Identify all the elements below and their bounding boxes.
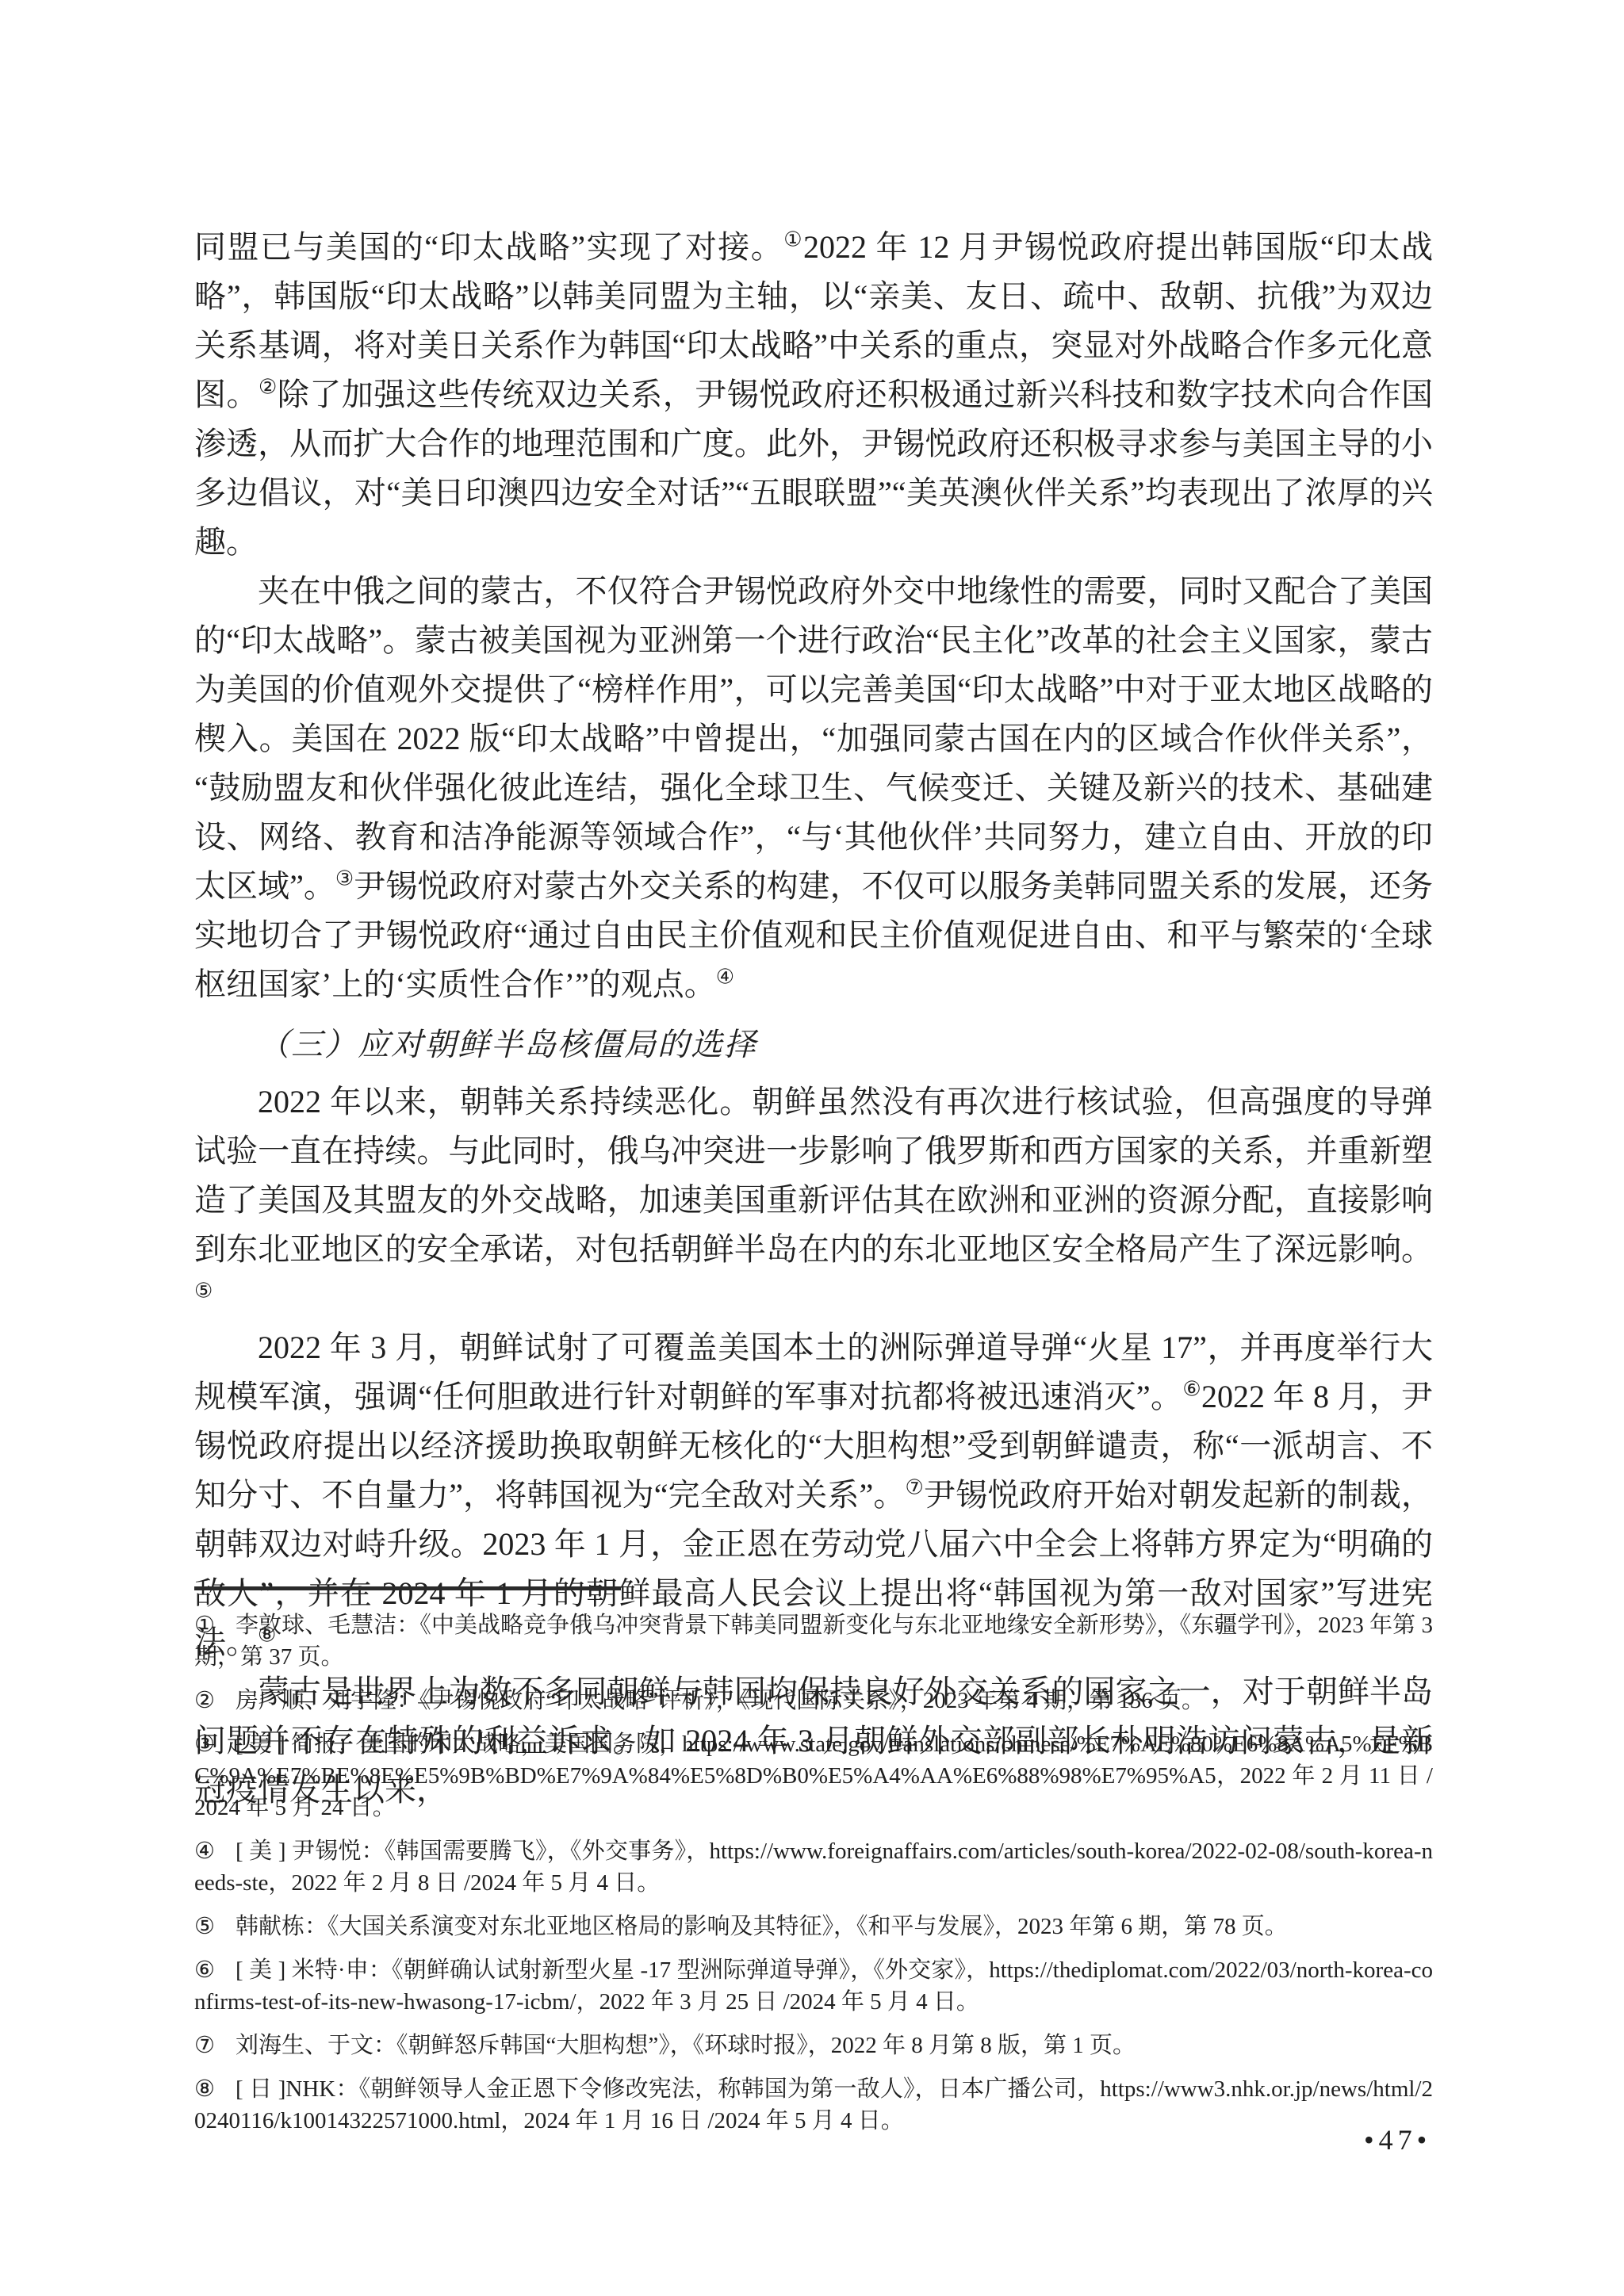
footnote-marker: ②: [194, 1685, 215, 1716]
footnote-separator: [194, 1586, 621, 1590]
footnote-marker: ⑤: [194, 1911, 215, 1942]
footnote-marker: ③: [194, 1728, 215, 1760]
footnote-item: ①李敦球、毛慧洁：《中美战略竞争俄乌冲突背景下韩美同盟新变化与东北亚地缘安全新形…: [194, 1609, 1433, 1673]
footnote-ref: ⑦: [906, 1476, 924, 1499]
footnote-item: ④[ 美 ] 尹锡悦：《韩国需要腾飞》，《外交事务》，https://www.f…: [194, 1835, 1433, 1899]
footnote-text: 房广顺、刘宇隆：《尹锡悦政府“印太战略”评析》，《现代国际关系》，2023 年第…: [236, 1688, 1205, 1713]
page-body: 同盟已与美国的“印太战略”实现了对接。①2022 年 12 月尹锡悦政府提出韩国…: [194, 223, 1433, 1815]
footnote-text: [ 美 ] 米特·申：《朝鲜确认试射新型火星 -17 型洲际弹道导弹》，《外交家…: [194, 1957, 1433, 2015]
body-paragraph-2: 夹在中俄之间的蒙古，不仅符合尹锡悦政府外交中地缘性的需要，同时又配合了美国的“印…: [194, 567, 1433, 1009]
footnote-area: ①李敦球、毛慧洁：《中美战略竞争俄乌冲突背景下韩美同盟新变化与东北亚地缘安全新形…: [194, 1586, 1433, 2149]
page-number: •47•: [1364, 2123, 1431, 2156]
footnote-marker: ⑥: [194, 1954, 215, 1986]
footnote-text: [ 美 ] 简报：美国的印太战略，美国国务院，https://www.state…: [194, 1732, 1433, 1820]
footnote-text: [ 美 ] 尹锡悦：《韩国需要腾飞》，《外交事务》，https://www.fo…: [194, 1839, 1433, 1896]
footnote-ref: ①: [783, 228, 803, 251]
footnote-text: [ 日 ]NHK：《朝鲜领导人金正恩下令修改宪法，称韩国为第一敌人》，日本广播公…: [194, 2076, 1433, 2133]
section-heading: （三）应对朝鲜半岛核僵局的选择: [194, 1020, 1433, 1070]
footnote-item: ③[ 美 ] 简报：美国的印太战略，美国国务院，https://www.stat…: [194, 1728, 1433, 1823]
footnote-item: ⑤韩献栋：《大国关系演变对东北亚地区格局的影响及其特征》，《和平与发展》，202…: [194, 1911, 1433, 1942]
footnote-marker: ④: [194, 1835, 215, 1867]
footnote-ref: ⑤: [194, 1280, 213, 1303]
footnote-ref: ②: [259, 376, 278, 399]
footnote-ref: ⑥: [1182, 1378, 1201, 1401]
footnote-ref: ④: [716, 966, 734, 989]
footnote-text: 李敦球、毛慧洁：《中美战略竞争俄乌冲突背景下韩美同盟新变化与东北亚地缘安全新形势…: [194, 1613, 1433, 1670]
footnote-text: 刘海生、于文：《朝鲜怒斥韩国“大胆构想”》，《环球时报》，2022 年 8 月第…: [236, 2033, 1136, 2058]
footnote-marker: ⑧: [194, 2073, 215, 2105]
footnote-item: ②房广顺、刘宇隆：《尹锡悦政府“印太战略”评析》，《现代国际关系》，2023 年…: [194, 1685, 1433, 1716]
body-paragraph-1: 同盟已与美国的“印太战略”实现了对接。①2022 年 12 月尹锡悦政府提出韩国…: [194, 223, 1433, 567]
document-page: 同盟已与美国的“印太战略”实现了对接。①2022 年 12 月尹锡悦政府提出韩国…: [0, 0, 1624, 2296]
footnote-item: ⑥[ 美 ] 米特·申：《朝鲜确认试射新型火星 -17 型洲际弹道导弹》，《外交…: [194, 1954, 1433, 2018]
footnote-text: 韩献栋：《大国关系演变对东北亚地区格局的影响及其特征》，《和平与发展》，2023…: [236, 1914, 1288, 1939]
footnote-marker: ⑦: [194, 2030, 215, 2061]
footnote-marker: ①: [194, 1609, 215, 1641]
footnote-item: ⑦刘海生、于文：《朝鲜怒斥韩国“大胆构想”》，《环球时报》，2022 年 8 月…: [194, 2030, 1433, 2061]
footnote-ref: ③: [335, 867, 354, 890]
body-paragraph-3: 2022 年以来，朝韩关系持续恶化。朝鲜虽然没有再次进行核试验，但高强度的导弹试…: [194, 1077, 1433, 1323]
footnote-item: ⑧[ 日 ]NHK：《朝鲜领导人金正恩下令修改宪法，称韩国为第一敌人》，日本广播…: [194, 2073, 1433, 2137]
